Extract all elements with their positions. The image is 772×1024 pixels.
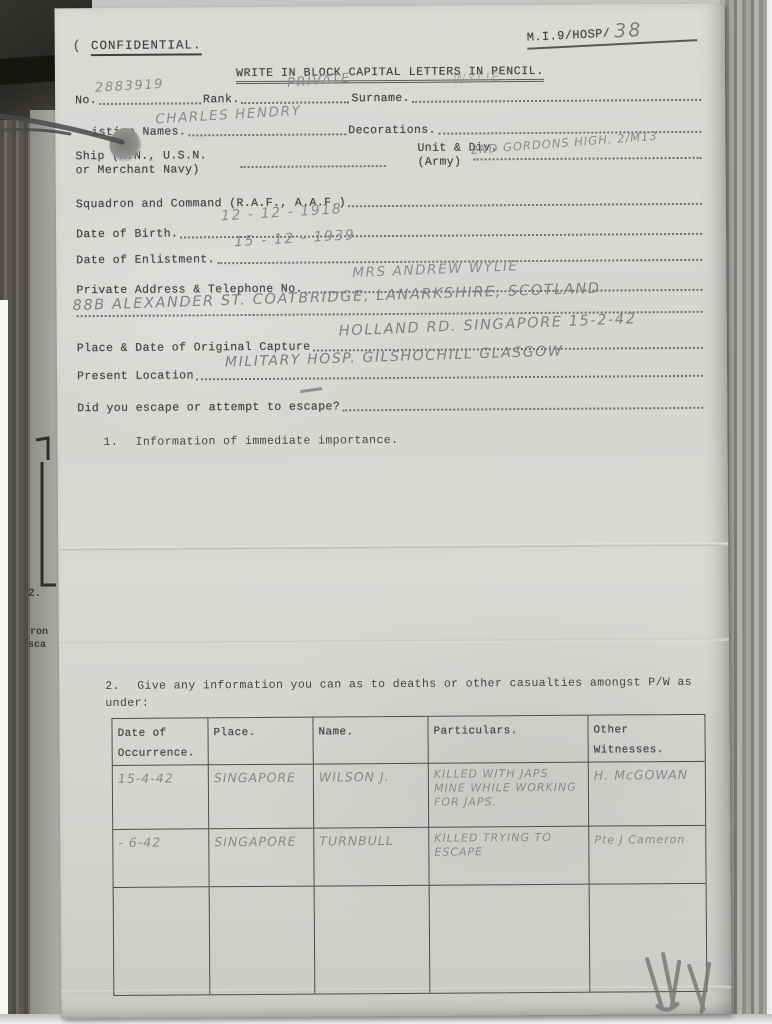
- casualty-table: Date of Occurrence. Place. Name. Particu…: [111, 714, 707, 996]
- christian-names-value-handwritten: CHARLES HENDRY: [155, 103, 302, 128]
- table-cell-particulars: KILLED TRYING TO ESCAPE: [428, 826, 588, 885]
- scan-margin-right: [767, 0, 772, 1024]
- dotted-leader: [241, 162, 386, 168]
- decorations-label: Decorations.: [348, 124, 436, 138]
- date-of-enlistment-label: Date of Enlistment.: [76, 253, 215, 267]
- field-row-escape: Did you escape or attempt to escape?: [77, 398, 703, 415]
- form-page: (CONFIDENTIAL. M.I.9/HOSP/ 38 WRITE IN B…: [54, 4, 731, 1019]
- present-location-label: Present Location: [77, 369, 194, 383]
- table-cell-date: 15-4-42: [113, 764, 208, 829]
- table-header-cell: Place.: [207, 718, 312, 765]
- section1-text: Information of immediate importance.: [135, 434, 398, 449]
- section1-number: 1.: [103, 436, 118, 449]
- dotted-leader: [412, 96, 701, 103]
- table-cell-empty: [429, 884, 590, 993]
- ship-leader-row: [241, 162, 386, 170]
- table-header-cell: Other Witnesses.: [587, 715, 704, 762]
- dotted-leader: [196, 372, 703, 381]
- section2-number: 2.: [105, 680, 120, 693]
- classification-label: CONFIDENTIAL.: [91, 38, 202, 56]
- dotted-leader: [348, 200, 702, 207]
- scan-margin-left: [0, 300, 8, 1024]
- dotted-leader: [99, 99, 201, 105]
- dotted-leader: [474, 154, 702, 161]
- table-cell-particulars: KILLED WITH JAPS MINE WHILE WORKING FOR …: [428, 762, 588, 827]
- surname-label: Surname.: [351, 92, 410, 105]
- table-cell-witnesses: Pte J Cameron: [588, 825, 705, 884]
- table-cell-date: - 6-42: [113, 828, 208, 887]
- table-cell-place: SINGAPORE: [208, 828, 313, 887]
- field-row-no-rank-surname: No. Rank. Surname.: [75, 90, 701, 107]
- ship-label-line1: Ship (R.N., U.S.N.: [75, 149, 207, 163]
- reference-number-handwritten: 38: [614, 19, 643, 42]
- field-row-squadron: Squadron and Command (R.A.F., A.A.F.): [76, 194, 702, 211]
- punch-hole-smudge: [109, 128, 141, 162]
- table-cell-empty: [314, 885, 430, 994]
- classification-header: (CONFIDENTIAL.: [73, 35, 202, 54]
- reference-label: M.I.9/HOSP/: [526, 27, 610, 45]
- field-row-date-of-birth: Date of Birth.: [76, 224, 702, 241]
- field-row-present-location: Present Location: [77, 366, 703, 383]
- table-header-cell: Date of Occurrence.: [112, 718, 207, 765]
- table-header-cell: Particulars.: [427, 716, 587, 763]
- table-header-cell: Name.: [312, 717, 427, 764]
- table-cell-name: WILSON J.: [313, 763, 428, 828]
- unit-div-leader-row: [474, 154, 702, 163]
- ship-label-line2: or Merchant Navy): [76, 163, 208, 177]
- underlying-page-item-number: 2.: [28, 588, 41, 600]
- surname-value-handwritten: WYLIE: [453, 70, 502, 88]
- ship-label-block: Ship (R.N., U.S.N. or Merchant Navy): [75, 149, 207, 177]
- pencil-dash-mark: [300, 387, 322, 393]
- rank-label: Rank.: [203, 93, 240, 106]
- dotted-leader: [438, 128, 701, 135]
- dotted-leader: [342, 404, 703, 412]
- table-cell-empty: [114, 886, 210, 995]
- date-of-birth-label: Date of Birth.: [76, 227, 178, 241]
- underlying-page-text-fragment: ron: [30, 627, 48, 638]
- section2-text-line2: under:: [105, 697, 149, 710]
- underlying-page-text-fragment: sca: [28, 640, 46, 651]
- reference-number-box: M.I.9/HOSP/ 38: [526, 14, 697, 50]
- paper-crease: [59, 638, 729, 646]
- escape-label: Did you escape or attempt to escape?: [77, 400, 340, 415]
- table-cell-empty: [589, 883, 707, 992]
- corner-mark: (: [73, 38, 81, 53]
- table-cell-name: TURNBULL: [313, 827, 428, 886]
- no-label: No.: [75, 94, 97, 107]
- paper-crease: [58, 543, 728, 551]
- dotted-leader: [188, 130, 346, 136]
- table-cell-empty: [209, 886, 315, 995]
- scanned-document-photo: 2. ron sca (CONFIDENTIAL. M.I.9/HOSP/ 38…: [0, 0, 772, 1024]
- table-cell-place: SINGAPORE: [208, 764, 313, 829]
- section2-text-line1: Give any information you can as to death…: [137, 676, 692, 693]
- table-cell-witnesses: H. McGOWAN: [588, 761, 705, 826]
